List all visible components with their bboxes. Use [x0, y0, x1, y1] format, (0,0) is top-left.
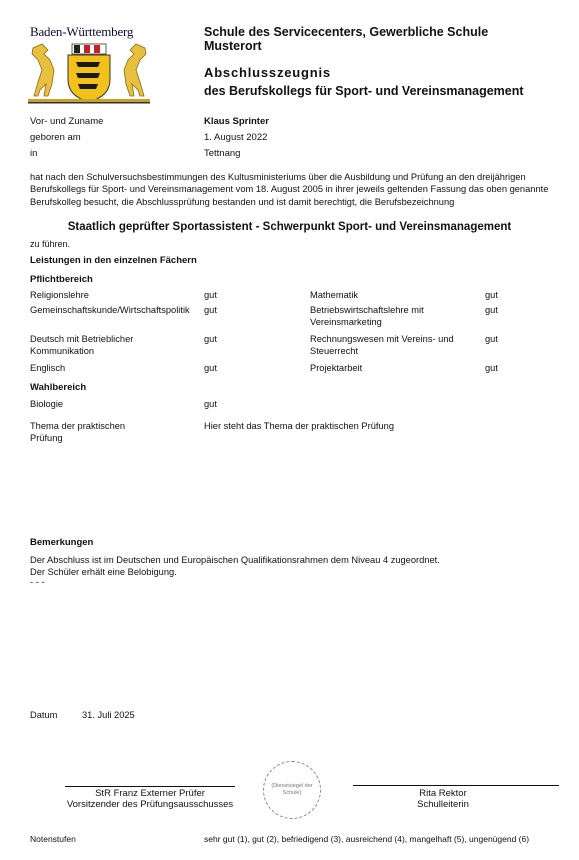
subject-grade: gut [485, 363, 498, 375]
practical-exam-topic: Hier steht das Thema der praktischen Prü… [204, 421, 394, 433]
signature-line-right [353, 785, 559, 786]
subject-row: Gemeinschaftskunde/Wirtschaftspolitik [30, 305, 202, 317]
state-name: Baden-Württemberg [30, 24, 133, 40]
school-seal-placeholder: (Dienstsiegel der Schule) [263, 761, 321, 819]
subject-row: Deutsch mit Betrieblicher Kommunikation [30, 334, 170, 357]
certificate-text: hat nach den Schulversuchsbestimmungen d… [30, 171, 570, 208]
degree-title: Staatlich geprüfter Sportassistent - Sch… [0, 221, 579, 233]
practical-exam-label: Thema der praktischen Prüfung [30, 421, 160, 444]
baden-wuerttemberg-coat-of-arms-icon [28, 40, 150, 104]
signature-left: StR Franz Externer Prüfer Vorsitzender d… [40, 788, 260, 810]
signer-left-role: Vorsitzender des Prüfungsausschusses [40, 799, 260, 810]
date-label: Datum [30, 710, 57, 722]
signature-right: Rita Rektor Schulleiterin [353, 788, 533, 810]
subject-name: Deutsch mit Betrieblicher Kommunikation [30, 334, 133, 356]
place-value: Tettnang [204, 148, 240, 159]
subject-row: Betriebswirtschaftslehre mit Vereinsmark… [310, 305, 475, 328]
remarks-heading: Bemerkungen [30, 537, 93, 548]
remarks-line: Der Schüler erhält eine Belobigung. [30, 567, 177, 579]
subject-name: Mathematik [310, 290, 358, 300]
document-subtitle: des Berufskollegs für Sport- und Vereins… [204, 84, 524, 98]
document-title: Abschlusszeugnis [204, 65, 331, 80]
subject-grade: gut [485, 290, 498, 302]
grading-scale: sehr gut (1), gut (2), befriedigend (3),… [204, 834, 529, 844]
subject-name: Englisch [30, 363, 65, 373]
place-label: in [30, 148, 37, 159]
subject-grade: gut [204, 305, 217, 317]
degree-suffix: zu führen. [30, 239, 70, 249]
subject-name: Religionslehre [30, 290, 89, 300]
elective-grade: gut [204, 399, 217, 411]
birth-label: geboren am [30, 132, 81, 143]
school-name: Schule des Servicecenters, Gewerbliche S… [204, 25, 574, 53]
subject-row: Rechnungswesen mit Vereins- und Steuerre… [310, 334, 480, 357]
subject-row: Religionslehre [30, 290, 200, 302]
elective-heading: Wahlbereich [30, 382, 86, 393]
subject-grade: gut [204, 334, 217, 346]
signature-line-left [65, 786, 235, 787]
school-name-line1: Schule des Servicecenters, Gewerbliche S… [204, 25, 574, 39]
remarks-line: - - - [30, 577, 44, 589]
subject-name: Betriebswirtschaftslehre mit Vereinsmark… [310, 305, 424, 327]
subject-grade: gut [485, 305, 498, 317]
subject-name: Rechnungswesen mit Vereins- und Steuerre… [310, 334, 454, 356]
signer-right-name: Rita Rektor [353, 788, 533, 799]
seal-text: (Dienstsiegel der Schule) [264, 783, 320, 797]
school-name-line2: Musterort [204, 39, 574, 53]
subject-row: Englisch [30, 363, 65, 375]
subject-grade: gut [204, 363, 217, 375]
name-label: Vor- und Zuname [30, 116, 103, 127]
mandatory-heading: Pflichtbereich [30, 274, 93, 285]
name-value: Klaus Sprinter [204, 116, 269, 127]
subject-row: Mathematik [310, 290, 480, 302]
subject-grade: gut [204, 290, 217, 302]
remarks-line: Der Abschluss ist im Deutschen und Europ… [30, 555, 440, 567]
performance-heading: Leistungen in den einzelnen Fächern [30, 255, 197, 266]
signer-right-role: Schulleiterin [353, 799, 533, 810]
date-value: 31. Juli 2025 [82, 710, 135, 722]
subject-name: Projektarbeit [310, 363, 362, 373]
subject-grade: gut [485, 334, 498, 346]
subject-name: Gemeinschaftskunde/Wirtschaftspolitik [30, 305, 190, 315]
elective-subject: Biologie [30, 399, 63, 411]
birth-value: 1. August 2022 [204, 132, 267, 143]
subject-row: Projektarbeit [310, 363, 362, 375]
grading-label: Notenstufen [30, 834, 76, 844]
signer-left-name: StR Franz Externer Prüfer [40, 788, 260, 799]
